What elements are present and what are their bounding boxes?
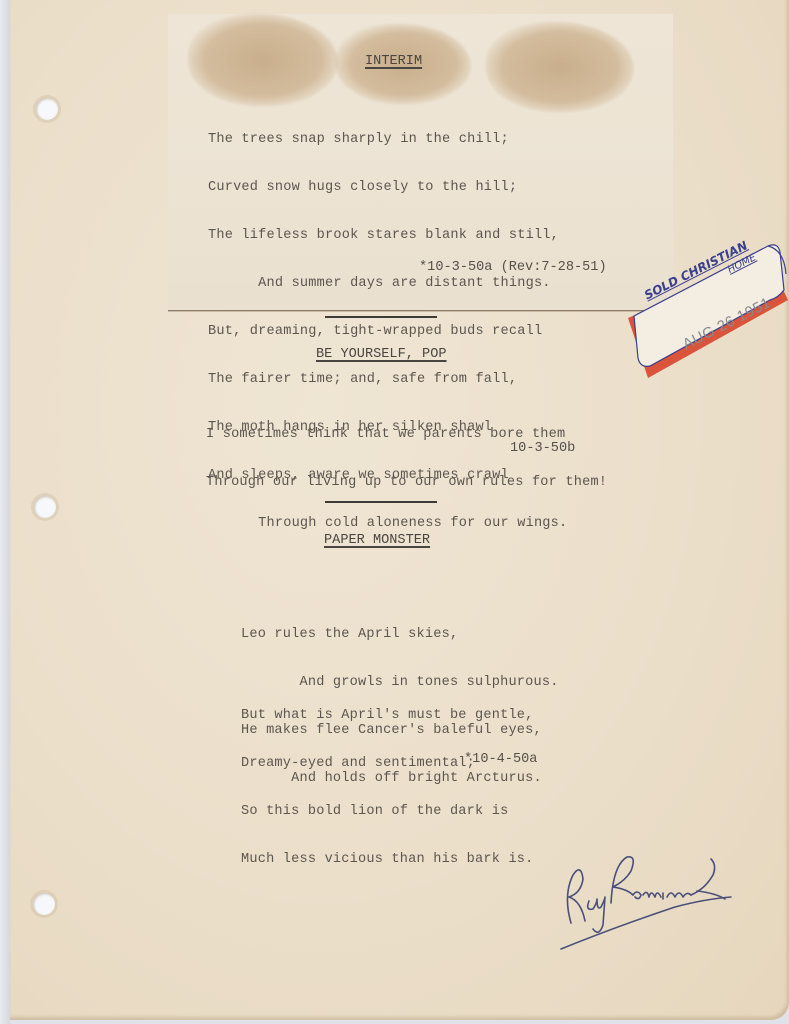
poem-line: So this bold lion of the dark is (241, 804, 534, 820)
poem-line: The fairer time; and, safe from fall, (208, 372, 567, 388)
poem-title-paper-monster: PAPER MONSTER (324, 533, 430, 548)
poem-date-code-interim: *10-3-50a (Rev:7-28-51) (419, 260, 607, 275)
glue-stain-right (486, 22, 634, 112)
poem-body-be-yourself-pop: I sometimes think that we parents bore t… (206, 395, 607, 523)
author-signature (555, 845, 740, 955)
glue-stain-left (188, 14, 338, 106)
poem-title-be-yourself-pop: BE YOURSELF, POP (316, 347, 447, 362)
poem-line: The trees snap sharply in the chill; (208, 132, 567, 148)
sold-stamp-tag: SOLD CHRISTIAN HOME AUG 26 1951 (628, 238, 788, 383)
poem-line: Leo rules the April skies, (241, 627, 559, 643)
poem-date-code-be-yourself-pop: 10-3-50b (510, 441, 575, 456)
poem-stanza-2-paper-monster: But what is April's must be gentle, Drea… (241, 676, 534, 900)
poem-title-interim: INTERIM (365, 54, 422, 69)
poem-line: Much less vicious than his bark is. (241, 852, 534, 868)
section-divider (325, 316, 437, 318)
punch-hole-bottom (33, 893, 55, 915)
punch-hole-top (36, 98, 58, 120)
poem-line: The lifeless brook stares blank and stil… (208, 228, 567, 244)
signature-graphic (555, 845, 740, 955)
poem-line: But, dreaming, tight-wrapped buds recall (208, 324, 567, 340)
poem-date-code-paper-monster: *10-4-50a (464, 752, 537, 767)
poem-line: Through our living up to our own rules f… (206, 475, 607, 491)
punch-hole-middle (34, 496, 56, 518)
pasted-clipping-interim: INTERIM The trees snap sharply in the ch… (168, 14, 673, 311)
poem-line: Curved snow hugs closely to the hill; (208, 180, 567, 196)
section-divider (325, 501, 437, 503)
poem-line: And summer days are distant things. (208, 276, 567, 292)
poem-line: But what is April's must be gentle, (241, 708, 534, 724)
page-left-edge (0, 0, 10, 1024)
